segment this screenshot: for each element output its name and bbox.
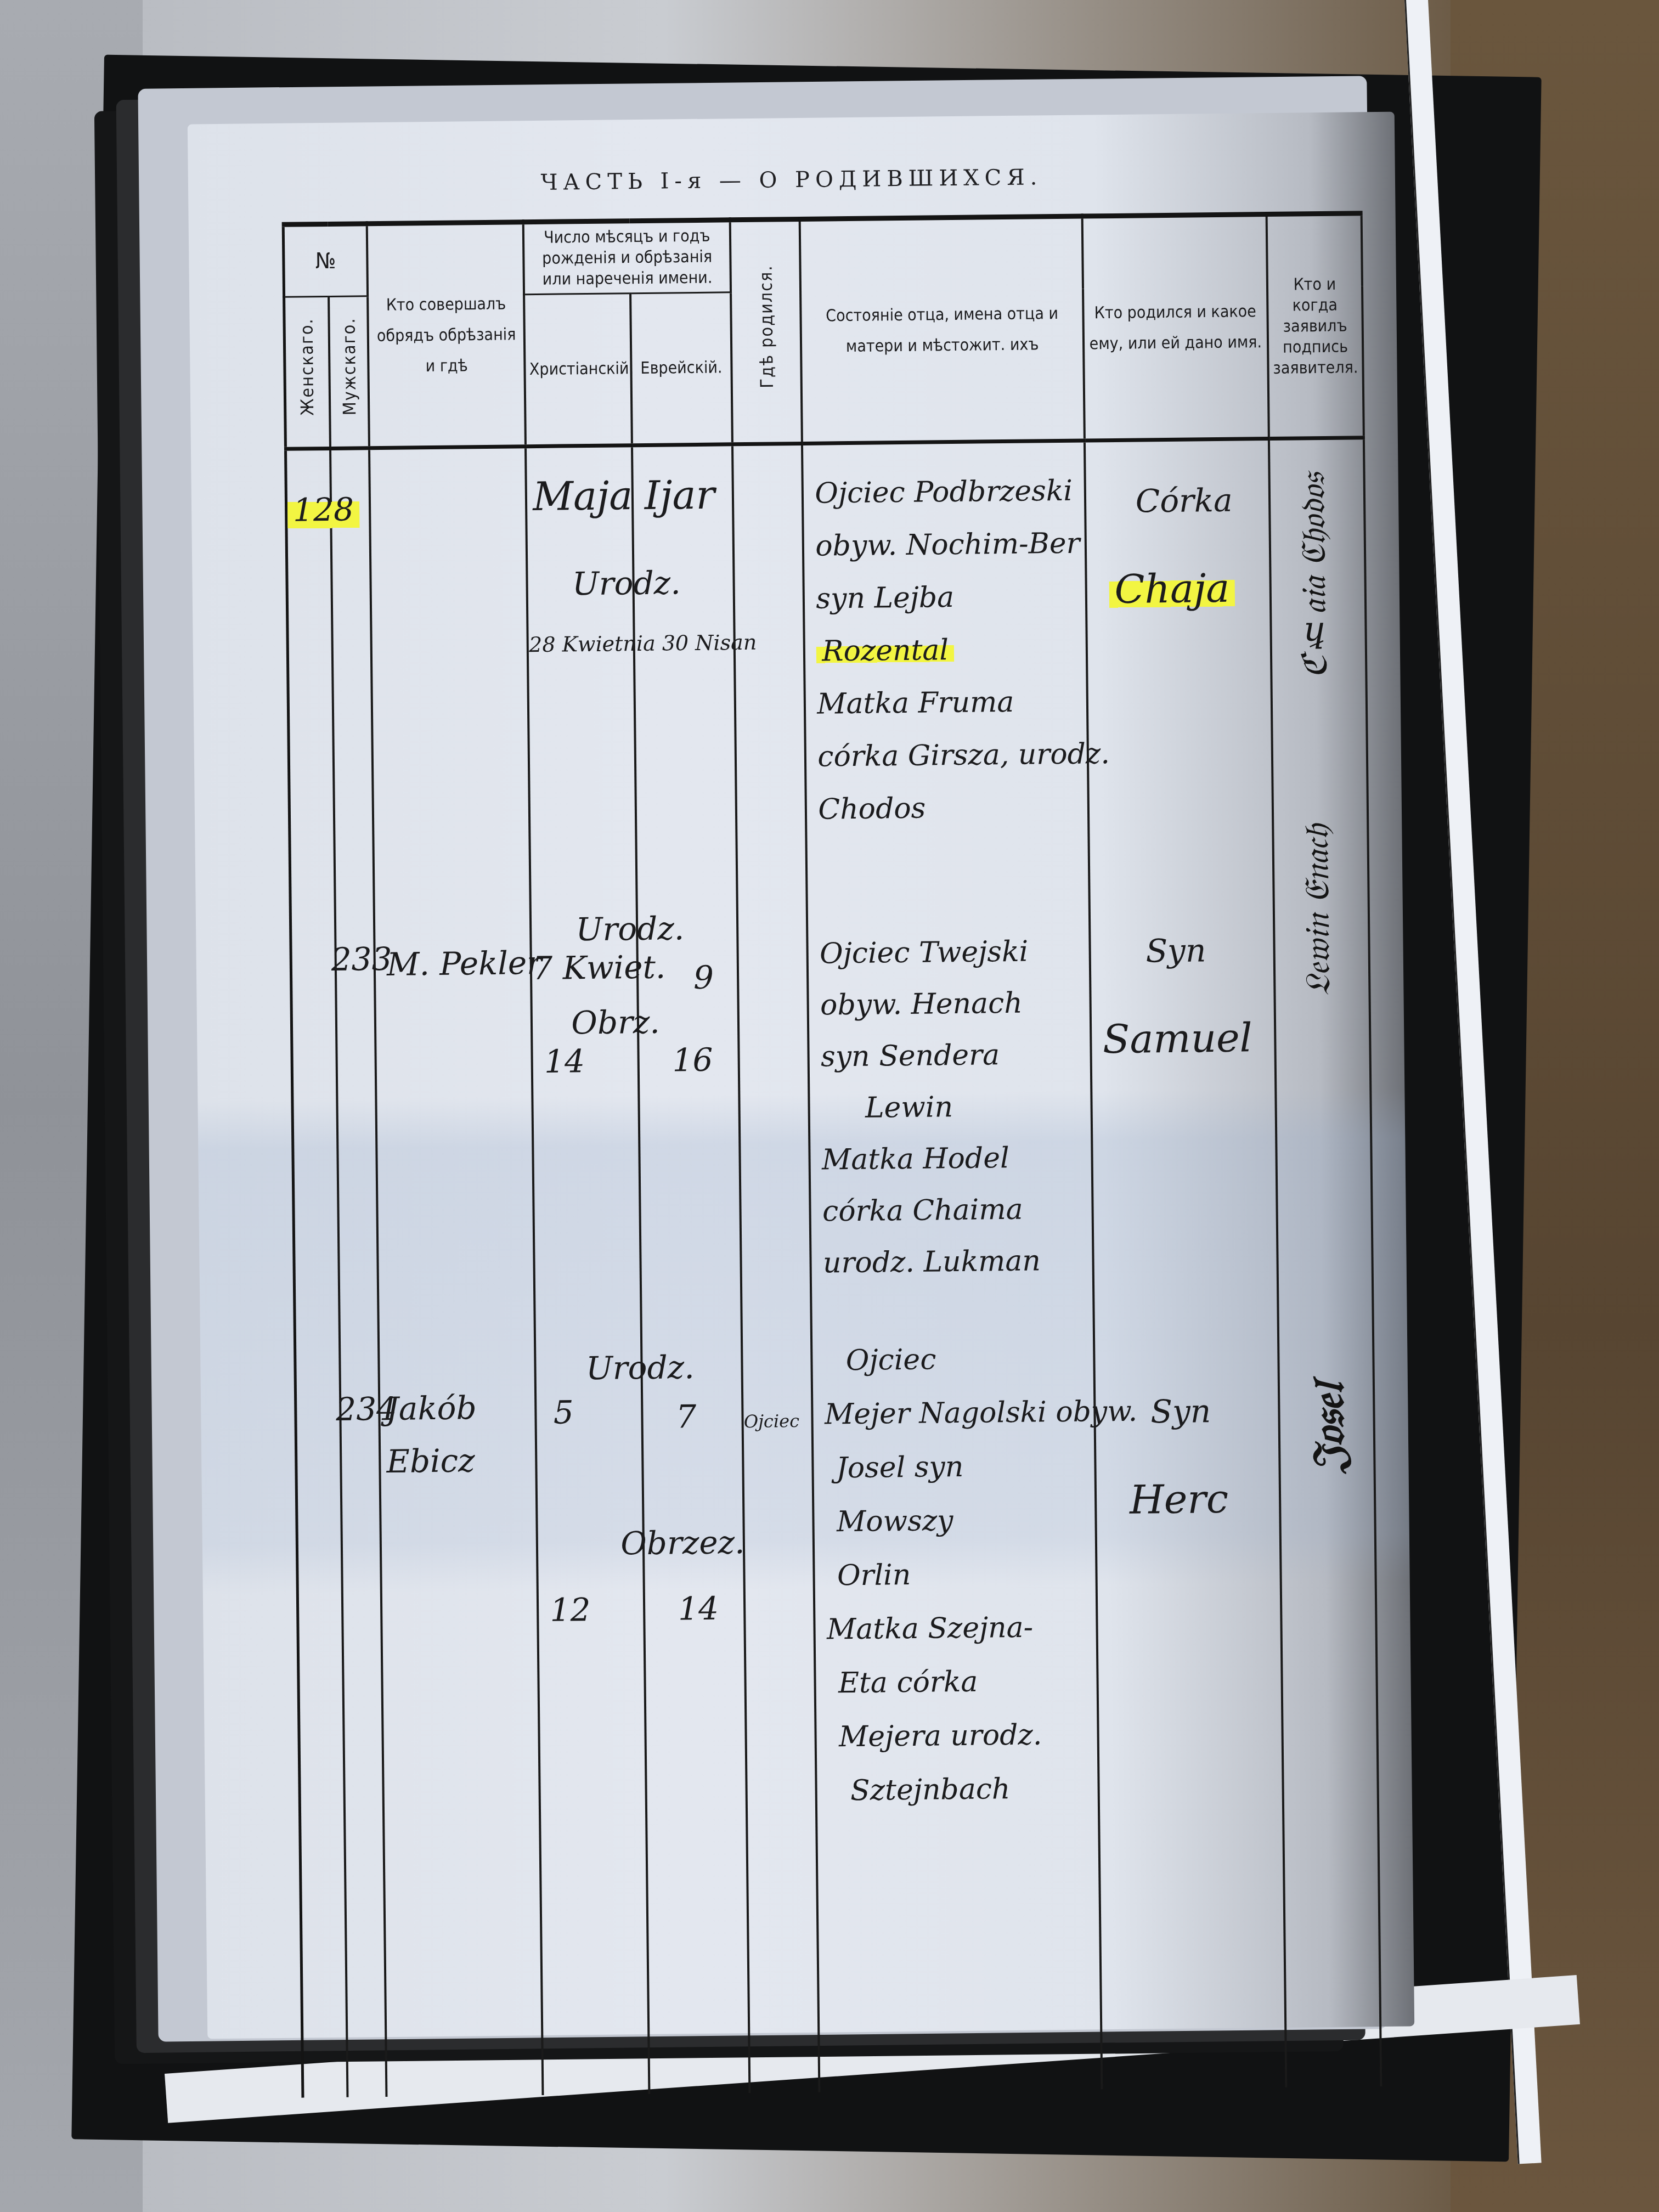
entry-3-parents-line: Eta córka (827, 1654, 1141, 1711)
page-title: ЧАСТЬ I-я — О РОДИВШИХСЯ. (188, 161, 1395, 199)
entry-3-circ-jewish: 14 (678, 1582, 719, 1635)
header-number: № (283, 224, 368, 297)
register-page: ЧАСТЬ I-я — О РОДИВШИХСЯ. № Кто совершал… (188, 112, 1414, 2039)
entry-1-month-jewish: Ijar (644, 469, 715, 522)
entry-2-performer: M. Pekler (387, 936, 543, 991)
header-declarant: Кто и когда заявилъ подпись заявителя. (1266, 213, 1363, 439)
entry-3-parents-line: Mowszy (826, 1492, 1139, 1549)
entry-2-parents-line: obyw. Henach (820, 977, 1039, 1031)
entry-3-circ-christian: 12 (550, 1583, 591, 1637)
header-date-group: Число мѣсяцъ и годъ рожденія и обрѣзанія… (523, 220, 731, 295)
entry-2-declarant-signature: 𝔏𝔢𝔴𝔦𝔫 𝔈𝔫𝔞𝔠𝔥 (1296, 824, 1338, 996)
header-parents: Состояніе отца, имена отца и матери и мѣ… (800, 216, 1085, 443)
entry-2-circ-christian: 14 (544, 1035, 585, 1088)
entry-2-parents-line: Lewin (821, 1080, 1040, 1134)
col-child: Córka Chaja Syn Samuel Syn Herc (1085, 439, 1286, 2090)
entry-2-parents-line: Ojciec Twejski (820, 926, 1038, 979)
entry-2-child-name: Samuel (1103, 1011, 1253, 1065)
col-parents: Ojciec Podbrzeski obyw. Nochim-Ber syn L… (802, 441, 1102, 2092)
entry-2-circ-jewish: 16 (672, 1034, 713, 1087)
entry-2-parents-line: córka Chaima (822, 1183, 1041, 1237)
col-declarant: ℭℏ𝔞𝔦𝔞 ℭ𝔥𝔬𝔡𝔬𝔰 𝔏𝔢𝔴𝔦𝔫 𝔈𝔫𝔞𝔠𝔥 𝔍𝔬𝔰𝔢𝔩 (1269, 438, 1381, 2087)
entry-2-child-label: Syn (1145, 924, 1206, 977)
entry-1-parents-line: Chodos (818, 780, 1110, 836)
entry-2-birth-jewish: 9 (693, 951, 714, 1004)
entry-1-surname-highlighted: Rozental (816, 622, 1109, 678)
entry-3-performer: Jakób Ebicz (386, 1381, 507, 1488)
entry-3-birth-jewish: 7 (676, 1390, 697, 1443)
entry-3-parents-line: Sztejnbach (828, 1761, 1142, 1818)
entry-1-parents: Ojciec Podbrzeski obyw. Nochim-Ber syn L… (815, 464, 1110, 836)
entry-1-parents-line: syn Lejba (816, 569, 1108, 625)
entry-2-parents-line: urodz. Lukman (823, 1235, 1041, 1289)
entry-3-child-label: Syn (1150, 1385, 1211, 1438)
entry-3-child-name: Herc (1129, 1472, 1228, 1526)
header-birthplace: Гдѣ родился. (730, 219, 803, 444)
entry-2-parents-line: syn Sendera (821, 1029, 1039, 1082)
entry-2-parents-line: Matka Hodel (822, 1132, 1040, 1186)
header-date-jewish: Еврейскій. (630, 292, 732, 445)
entry-3-birth-christian: 5 (553, 1386, 574, 1438)
entry-3-parents: Ojciec Mejer Nagolski obyw. Josel syn Mo… (823, 1331, 1141, 1818)
entry-3-parents-line: Josel syn (825, 1438, 1138, 1496)
header-female: Женскаго. (284, 296, 330, 449)
header-male: Мужскаго. (329, 296, 369, 449)
header-performer: Кто совершалъ обрядъ обрѣзанія и гдѣ (367, 222, 526, 448)
entry-3-parents-line: Orlin (826, 1546, 1139, 1603)
entry-3-parents-line: Matka Szejna- (827, 1600, 1140, 1657)
entry-1-declarant-signature: ℭℏ𝔞𝔦𝔞 ℭ𝔥𝔬𝔡𝔬𝔰 (1292, 473, 1334, 679)
birth-register-table: № Кто совершалъ обрядъ обрѣзанія и гдѣ Ч… (282, 211, 1383, 2097)
col-performer: M. Pekler Jakób Ebicz (369, 447, 543, 2097)
header-date-christian: Христіанскій. (524, 294, 631, 447)
entry-1-parents-line: Ojciec Podbrzeski (815, 464, 1107, 520)
entry-1-child-name: Chaja (1109, 562, 1235, 616)
entry-2-parents: Ojciec Twejski obyw. Henach syn Sendera … (820, 926, 1041, 1289)
col-date-jewish: Ijar 9 16 7 14 (632, 444, 750, 2094)
entry-3-parents-line: Ojciec (823, 1331, 1137, 1388)
entry-3-birthplace-note: Ojciec (743, 1395, 799, 1448)
entry-3-parents-line: Mejera urodz. (828, 1707, 1141, 1764)
entry-1-parents-line: Matka Fruma (817, 675, 1109, 731)
entry-3-parents-line: Mejer Nagolski obyw. (824, 1385, 1137, 1442)
entry-1-child-label: Córka (1135, 474, 1233, 528)
entry-1-parents-line: obyw. Nochim-Ber (815, 517, 1108, 573)
col-date-christian: Maja Urodz. 28 Kwietnia 30 Nisan Urodz. … (526, 445, 649, 2095)
entry-1-month-christian: Maja (533, 469, 633, 523)
header-child: Кто родился и какое ему, или ей дано имя… (1082, 215, 1268, 441)
entry-1-parents-line: córka Girsza, urodz. (817, 727, 1110, 783)
entry-3-declarant-signature: 𝔍𝔬𝔰𝔢𝔩 (1302, 1383, 1355, 1473)
